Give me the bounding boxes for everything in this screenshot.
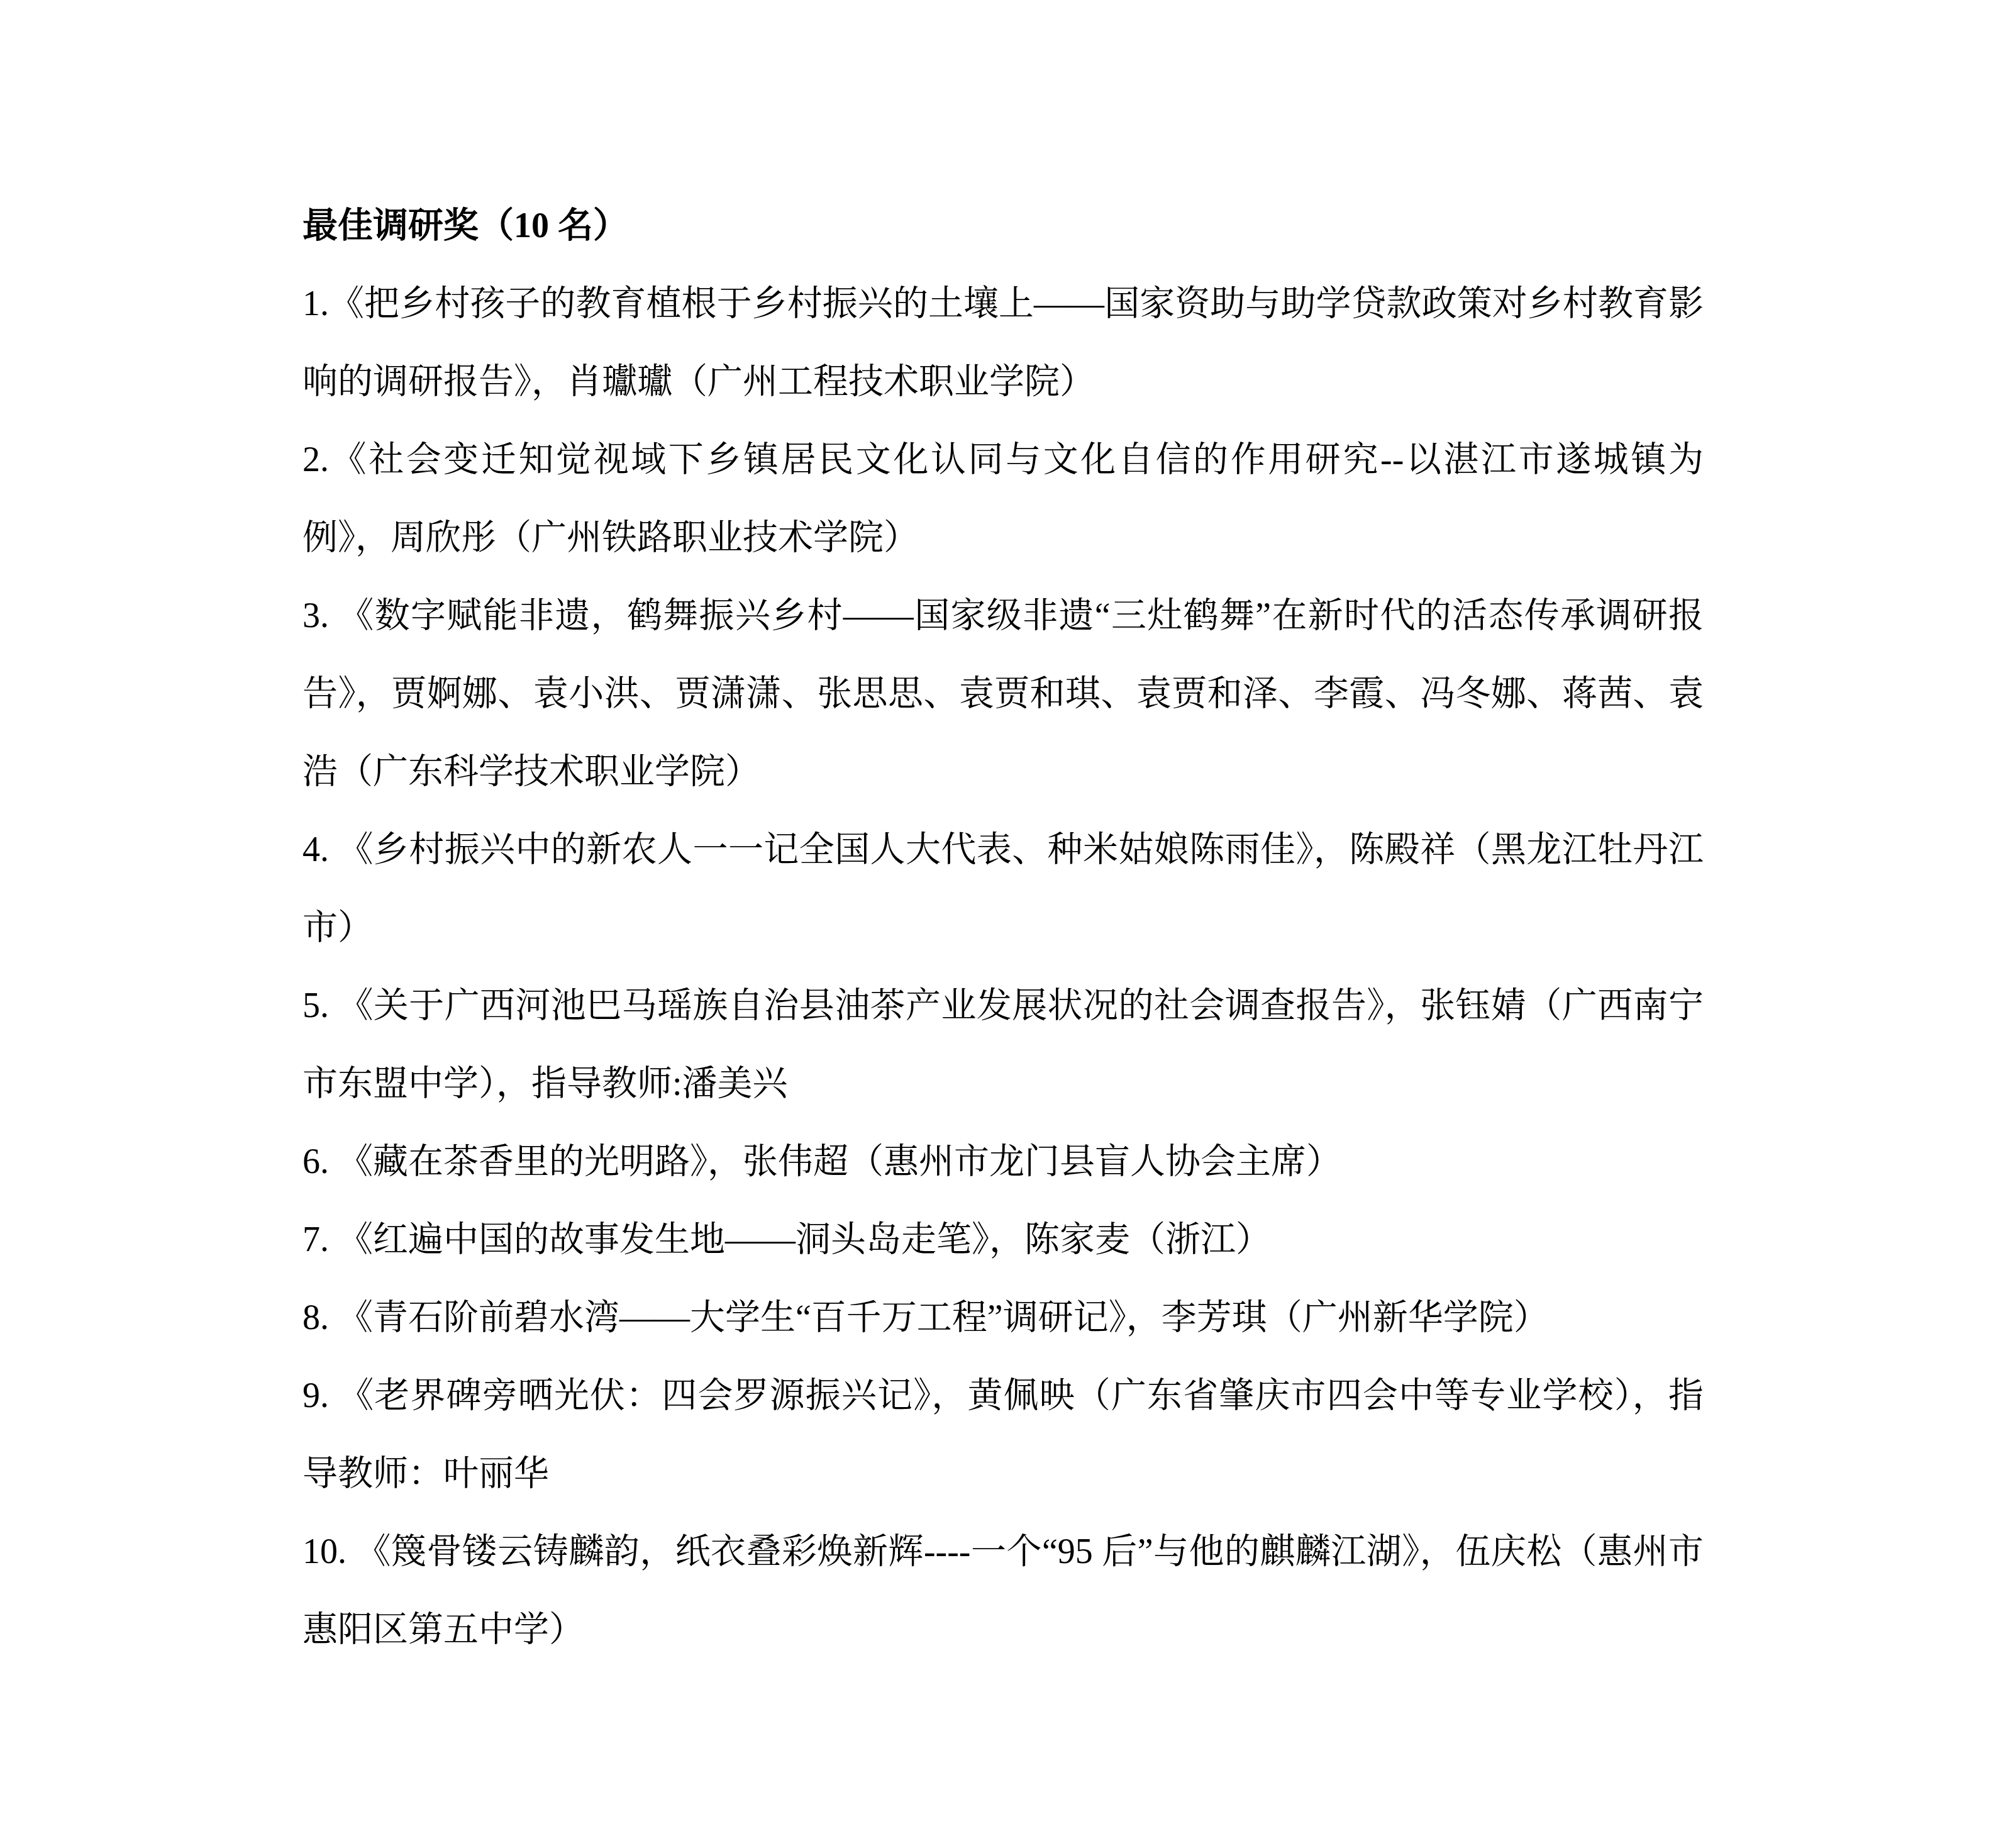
award-entry-8: 8. 《青石阶前碧水湾——大学生“百千万工程”调研记》，李芳琪（广州新华学院） (302, 1279, 1704, 1357)
award-entry-3: 3. 《数字赋能非遗，鹤舞振兴乡村——国家级非遗“三灶鹤舞”在新时代的活态传承调… (302, 577, 1704, 811)
award-entry-5: 5. 《关于广西河池巴马瑶族自治县油茶产业发展状况的社会调查报告》，张钰婧（广西… (302, 967, 1704, 1123)
award-entry-6: 6. 《藏在茶香里的光明路》，张伟超（惠州市龙门县盲人协会主席） (302, 1123, 1704, 1201)
award-entry-4: 4. 《乡村振兴中的新农人一一记全国人大代表、种米姑娘陈雨佳》，陈殿祥（黑龙江牡… (302, 811, 1704, 967)
award-entry-2: 2.《社会变迁知觉视域下乡镇居民文化认同与文化自信的作用研究--以湛江市遂城镇为… (302, 421, 1704, 577)
award-entry-7: 7. 《红遍中国的故事发生地——洞头岛走笔》，陈家麦（浙江） (302, 1201, 1704, 1279)
award-entry-10: 10. 《篾骨镂云铸麟韵，纸衣叠彩焕新辉----一个“95 后”与他的麒麟江湖》… (302, 1513, 1704, 1669)
document-page: 最佳调研奖（10 名） 1.《把乡村孩子的教育植根于乡村振兴的土壤上——国家资助… (0, 0, 1996, 1848)
section-heading: 最佳调研奖（10 名） (302, 187, 1704, 265)
award-entry-1: 1.《把乡村孩子的教育植根于乡村振兴的土壤上——国家资助与助学贷款政策对乡村教育… (302, 265, 1704, 421)
award-entry-9: 9. 《老界碑旁晒光伏：四会罗源振兴记》，黄佩映（广东省肇庆市四会中等专业学校）… (302, 1357, 1704, 1513)
document-content: 最佳调研奖（10 名） 1.《把乡村孩子的教育植根于乡村振兴的土壤上——国家资助… (302, 187, 1704, 1669)
